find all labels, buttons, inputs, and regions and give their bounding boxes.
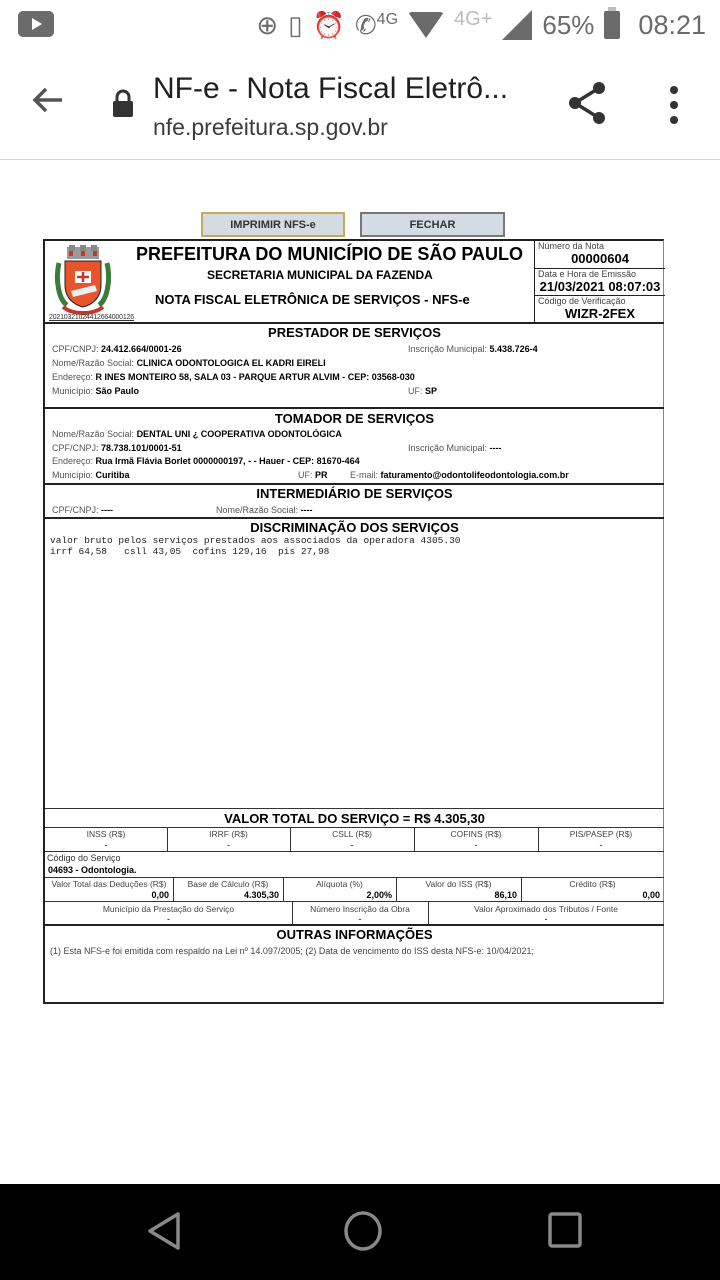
label: UF:: [408, 386, 423, 396]
cell-divider: [283, 877, 284, 901]
label: E-mail:: [350, 470, 378, 480]
sao-paulo-coat-of-arms-icon: [53, 245, 113, 317]
cell-label: COFINS (R$): [414, 829, 538, 839]
cell-value: -: [45, 840, 167, 850]
cell-value: -: [290, 840, 414, 850]
divider: [45, 808, 664, 809]
prestador-endereco: Endereço: R INES MONTEIRO 58, SALA 03 - …: [52, 372, 415, 382]
browser-toolbar: NF-e - Nota Fiscal Eletrô... nfe.prefeit…: [0, 50, 720, 160]
cell-label: Base de Cálculo (R$): [173, 879, 283, 889]
codigo-servico-label: Código do Serviço: [47, 853, 121, 863]
label: Nome/Razão Social:: [52, 358, 134, 368]
cell-value: 0,00: [521, 890, 660, 900]
divider: [45, 483, 664, 485]
page-title: NF-e - Nota Fiscal Eletrô...: [153, 72, 508, 106]
cell-divider: [428, 902, 429, 924]
cell-value: -: [292, 914, 428, 924]
clock: 08:21: [638, 10, 706, 41]
cell-label: Número Inscrição da Obra: [292, 904, 428, 914]
intermediario-nome: Nome/Razão Social: ----: [216, 505, 313, 515]
cell-divider: [292, 902, 293, 924]
value: ----: [490, 443, 502, 453]
tomador-endereco: Endereço: Rua Irmã Flávia Borlet 0000000…: [52, 456, 360, 466]
cell-value: -: [167, 840, 290, 850]
value: DENTAL UNI ¿ COOPERATIVA ODONTOLÓGICA: [137, 429, 342, 439]
status-icons: ⊕ ▯ ⏰ ✆4G 4G+ 65% 08:21: [256, 6, 706, 44]
outras-title: OUTRAS INFORMAÇÕES: [45, 927, 664, 942]
prestador-cnpj: CPF/CNPJ: 24.412.664/0001-26: [52, 344, 182, 354]
tomador-section: TOMADOR DE SERVIÇOS: [45, 411, 664, 426]
label: UF:: [298, 470, 313, 480]
municipality-title: PREFEITURA DO MUNICÍPIO DE SÃO PAULO: [136, 244, 523, 265]
valor-total: VALOR TOTAL DO SERVIÇO = R$ 4.305,30: [45, 811, 664, 826]
emissao-value: 21/03/2021 08:07:03: [535, 280, 665, 294]
nav-recents-icon[interactable]: [542, 1208, 588, 1254]
label: Inscrição Municipal:: [408, 344, 487, 354]
cell-label: Valor Aproximado dos Tributos / Fonte: [428, 904, 664, 914]
discriminacao-line-2: irrf 64,58 csll 43,05 cofins 129,16 pis …: [50, 546, 329, 557]
cell-value: 2,00%: [283, 890, 392, 900]
divider: [45, 851, 664, 852]
cell-label: IRRF (R$): [167, 829, 290, 839]
share-icon[interactable]: [566, 80, 608, 126]
print-button[interactable]: IMPRIMIR NFS-e: [201, 212, 345, 237]
tomador-uf: UF: PR: [298, 470, 328, 480]
label: CPF/CNPJ:: [52, 505, 99, 515]
tomador-municipio: Município: Curitiba: [52, 470, 130, 480]
tomador-cnpj: CPF/CNPJ: 78.738.101/0001-51: [52, 443, 182, 453]
cell-value: -: [538, 840, 664, 850]
nav-back-icon[interactable]: [142, 1208, 188, 1254]
prestador-section: PRESTADOR DE SERVIÇOS: [45, 325, 664, 340]
codigo-servico-value: 04693 - Odontologia.: [48, 865, 137, 875]
outras-text: (1) Esta NFS-e foi emitida com respaldo …: [50, 946, 534, 956]
prestador-uf: UF: SP: [408, 386, 437, 396]
intermediario-section: INTERMEDIÁRIO DE SERVIÇOS: [45, 486, 664, 501]
cell-label: Município da Prestação do Serviço: [45, 904, 292, 914]
value: faturamento@odontolifeodontologia.com.br: [381, 470, 569, 480]
youtube-icon: [18, 11, 54, 37]
label: Endereço:: [52, 372, 93, 382]
verificacao-value: WIZR-2FEX: [535, 307, 665, 321]
nav-home-icon[interactable]: [340, 1208, 386, 1254]
divider: [45, 901, 664, 902]
value: PR: [315, 470, 328, 480]
prestador-nome: Nome/Razão Social: CLINICA ODONTOLOGICA …: [52, 358, 326, 368]
cell-divider: [167, 827, 168, 851]
divider: [45, 517, 664, 519]
divider: [45, 407, 664, 409]
label: CPF/CNPJ:: [52, 443, 99, 453]
cell-label: Valor Total das Deduções (R$): [45, 879, 173, 889]
label: Nome/Razão Social:: [216, 505, 298, 515]
cell-label: Alíquota (%): [283, 879, 396, 889]
label: Inscrição Municipal:: [408, 443, 487, 453]
alarm-icon: ⏰: [313, 12, 345, 38]
tomador-email: E-mail: faturamento@odontolifeodontologi…: [350, 470, 569, 480]
value: São Paulo: [96, 386, 140, 396]
tomador-im: Inscrição Municipal: ----: [408, 443, 502, 453]
cell-divider: [414, 827, 415, 851]
cell-label: PIS/PASEP (R$): [538, 829, 664, 839]
prestador-title: PRESTADOR DE SERVIÇOS: [45, 325, 664, 340]
cell-label: INSS (R$): [45, 829, 167, 839]
network-label: 4G: [377, 11, 398, 28]
cell-divider: [521, 877, 522, 901]
cell-value: -: [414, 840, 538, 850]
vibrate-icon: ▯: [288, 12, 302, 38]
value: ----: [101, 505, 113, 515]
lock-icon: [112, 88, 134, 118]
cell-value: -: [45, 914, 292, 924]
value: SP: [425, 386, 437, 396]
android-nav-bar: [0, 1184, 720, 1280]
label: Município:: [52, 470, 93, 480]
divider: [45, 924, 664, 926]
divider: [45, 877, 664, 878]
cell-value: -: [428, 914, 664, 924]
cell-label: Valor do ISS (R$): [396, 879, 521, 889]
discriminacao-title: DISCRIMINAÇÃO DOS SERVIÇOS: [45, 520, 664, 535]
cell-divider: [290, 827, 291, 851]
network2-label: 4G+: [454, 8, 492, 31]
battery-percent: 65%: [542, 10, 594, 41]
label: Nome/Razão Social:: [52, 429, 134, 439]
label: Município:: [52, 386, 93, 396]
more-vert-icon[interactable]: [664, 86, 684, 124]
cell-divider: [538, 827, 539, 851]
divider: [45, 827, 664, 828]
label: CPF/CNPJ:: [52, 344, 99, 354]
cell-divider: [396, 877, 397, 901]
intermediario-cnpj: CPF/CNPJ: ----: [52, 505, 113, 515]
cell-label: CSLL (R$): [290, 829, 414, 839]
battery-charging-icon: [604, 11, 620, 39]
document-header: 20210321u24412664000126 PREFEITURA DO MU…: [45, 241, 664, 324]
page-content: IMPRIMIR NFS-e FECHAR 20210321u244126640…: [0, 161, 720, 1184]
discriminacao-section: DISCRIMINAÇÃO DOS SERVIÇOS: [45, 520, 664, 535]
cell-value: 86,10: [396, 890, 517, 900]
tomador-nome: Nome/Razão Social: DENTAL UNI ¿ COOPERAT…: [52, 429, 342, 439]
cell-divider: [173, 877, 174, 901]
value: R INES MONTEIRO 58, SALA 03 - PARQUE ART…: [96, 372, 415, 382]
secretariat-title: SECRETARIA MUNICIPAL DA FAZENDA: [207, 268, 433, 282]
status-bar: ⊕ ▯ ⏰ ✆4G 4G+ 65% 08:21: [0, 0, 720, 50]
outras-section: OUTRAS INFORMAÇÕES: [45, 927, 664, 942]
nfse-document: 20210321u24412664000126 PREFEITURA DO MU…: [43, 239, 664, 1004]
close-button[interactable]: FECHAR: [360, 212, 505, 237]
numero-value: 00000604: [535, 252, 665, 266]
page-url[interactable]: nfe.prefeitura.sp.gov.br: [153, 114, 388, 141]
data-saver-icon: ⊕: [256, 12, 278, 38]
document-type-title: NOTA FISCAL ELETRÔNICA DE SERVIÇOS - NFS…: [155, 292, 470, 307]
discriminacao-line-1: valor bruto pelos serviços prestados aos…: [50, 535, 460, 546]
value: 24.412.664/0001-26: [101, 344, 182, 354]
prestador-municipio: Município: São Paulo: [52, 386, 139, 396]
cell-value: 4.305,30: [173, 890, 279, 900]
prestador-im: Inscrição Municipal: 5.438.726-4: [408, 344, 538, 354]
value: 78.738.101/0001-51: [101, 443, 182, 453]
back-arrow-icon[interactable]: [28, 80, 68, 120]
tomador-title: TOMADOR DE SERVIÇOS: [45, 411, 664, 426]
signal-icon: [502, 10, 532, 40]
invoice-meta: Número da Nota 00000604 Data e Hora de E…: [534, 241, 664, 324]
value: Curitiba: [96, 470, 130, 480]
barcode-text: 20210321u24412664000126: [49, 314, 134, 321]
value: 5.438.726-4: [490, 344, 538, 354]
cell-value: 0,00: [45, 890, 169, 900]
value: CLINICA ODONTOLOGICA EL KADRI EIRELI: [137, 358, 326, 368]
wifi-icon: [408, 12, 444, 38]
label: Endereço:: [52, 456, 93, 466]
volte-call-icon: ✆4G: [355, 12, 398, 38]
intermediario-title: INTERMEDIÁRIO DE SERVIÇOS: [45, 486, 664, 501]
value: Rua Irmã Flávia Borlet 0000000197, - - H…: [96, 456, 360, 466]
value: ----: [301, 505, 313, 515]
cell-label: Crédito (R$): [521, 879, 664, 889]
